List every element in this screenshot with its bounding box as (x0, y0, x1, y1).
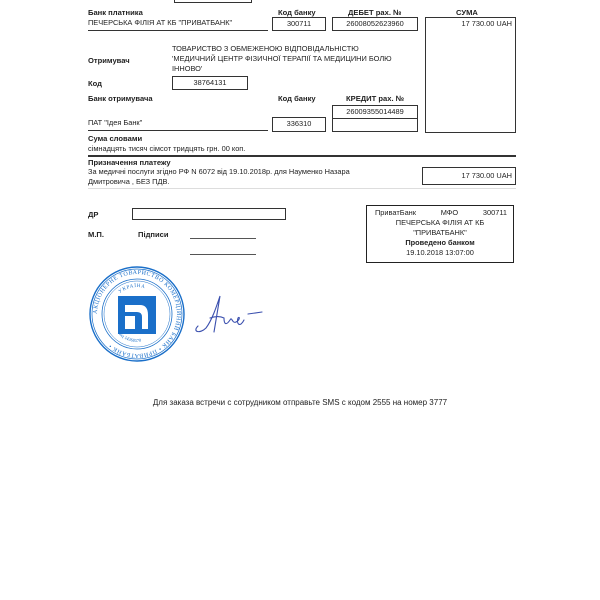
amount-words-label: Сума словами (88, 134, 142, 143)
purpose-amount-box: 17 730.00 UAH (422, 167, 516, 185)
recipient-name: ТОВАРИСТВО З ОБМЕЖЕНОЮ ВІДПОВІДАЛЬНІСТЮ … (172, 44, 412, 74)
amount-value: 17 730.00 UAH (461, 19, 512, 28)
stamp-mfo-label: МФО (441, 208, 458, 218)
dr-label: ДР (88, 210, 98, 219)
purpose-line2: Дмитровича , БЕЗ ПДВ. (88, 177, 418, 187)
stamp-datetime: 19.10.2018 13:07:00 (367, 248, 513, 258)
payer-bank-name: ПЕЧЕРСЬКА ФІЛІЯ АТ КБ "ПРИВАТБАНК" (88, 18, 268, 31)
amount-box: 17 730.00 UAH (425, 17, 516, 133)
purpose-label: Призначення платежу (88, 158, 171, 167)
payer-bank-code-field: 300711 (272, 17, 326, 31)
recipient-bank-code-field: 336310 (272, 117, 326, 132)
recipient-bank-label: Банк отримувача (88, 94, 153, 103)
recipient-bank-name: ПАТ "Ідея Банк" (88, 118, 268, 131)
credit-account-field-blank (332, 118, 418, 132)
recipient-code-field: 38764131 (172, 76, 248, 90)
recipient-bank-code-label: Код банку (278, 94, 316, 103)
privatbank-seal-icon: АКЦІОНЕРНЕ ТОВАРИСТВО КОМЕРЦІЙНИЙ БАНК •… (88, 265, 186, 363)
debit-account-field: 26008052623960 (332, 17, 418, 31)
amount-label: СУМА (456, 8, 478, 17)
dr-field (132, 208, 286, 220)
signature-scribble-icon (190, 290, 270, 340)
stamp-header-row: ПриватБанк МФО 300711 (367, 208, 513, 218)
recipient-name-line2: 'МЕДИЧНИЙ ЦЕНТР ФІЗИЧНОЇ ТЕРАПІЇ ТА МЕДИ… (172, 54, 412, 64)
stamp-status: Проведено банком (367, 238, 513, 248)
debit-account-label: ДЕБЕТ рах. № (348, 8, 402, 17)
payer-bank-code-label: Код банку (278, 8, 316, 17)
recipient-code-label: Код (88, 79, 102, 88)
purpose-line1: За медичні послуги згідно РФ N 6072 від … (88, 167, 418, 177)
bank-stamp: ПриватБанк МФО 300711 ПЕЧЕРСЬКА ФІЛІЯ АТ… (366, 205, 514, 263)
divider-line (88, 155, 516, 157)
recipient-label: Отримувач (88, 56, 130, 65)
purpose-underline (88, 188, 516, 189)
recipient-name-line1: ТОВАРИСТВО З ОБМЕЖЕНОЮ ВІДПОВІДАЛЬНІСТЮ (172, 44, 412, 54)
recipient-name-line3: ІННОВО' (172, 64, 412, 74)
stamp-branch-line2: "ПРИВАТБАНК" (367, 228, 513, 238)
credit-account-label: КРЕДИТ рах. № (346, 94, 404, 103)
handwritten-signature (190, 290, 270, 340)
credit-account-field: 26009355014489 (332, 105, 418, 119)
stamp-mfo-value: 300711 (483, 208, 507, 218)
stamp-branch-line1: ПЕЧЕРСЬКА ФІЛІЯ АТ КБ (367, 218, 513, 228)
bank-seal: АКЦІОНЕРНЕ ТОВАРИСТВО КОМЕРЦІЙНИЙ БАНК •… (88, 265, 186, 363)
signatures-label: Підписи (138, 230, 169, 239)
footer-note: Для заказа встречи с сотрудником отправь… (0, 398, 600, 407)
signature-line-2 (190, 254, 256, 255)
mp-label: М.П. (88, 230, 104, 239)
amount-words-value: сімнадцять тисяч сімсот тридцять грн. 00… (88, 144, 245, 154)
stamp-bank-name: ПриватБанк (375, 208, 416, 218)
purpose-text: За медичні послуги згідно РФ N 6072 від … (88, 167, 418, 187)
payer-bank-label: Банк платника (88, 8, 143, 17)
signature-line-1 (190, 238, 256, 239)
top-partial-box (174, 0, 252, 3)
